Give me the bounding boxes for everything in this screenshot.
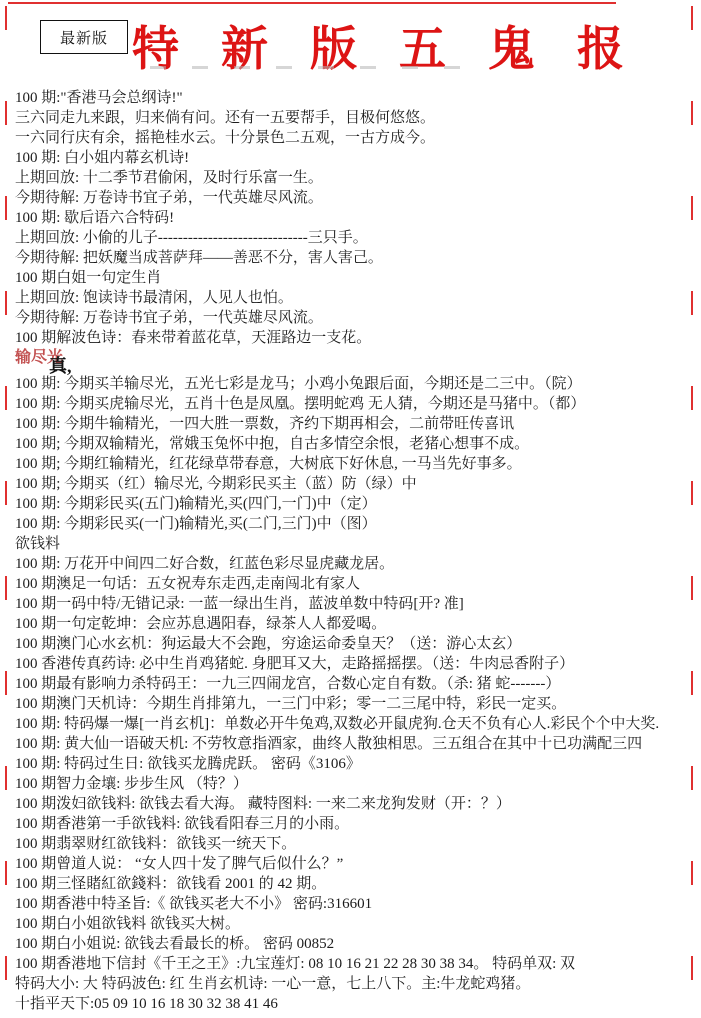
text-line-content: 100 期: 万花开中间四二好合数，红蓝色彩尽显虎藏龙居。 bbox=[15, 556, 394, 572]
text-line: 100 期白姐一句定生肖 bbox=[15, 268, 701, 288]
text-line: 100 期白小姐欲钱料 欲钱买大树。 bbox=[15, 914, 701, 934]
text-line: 十指平天下:05 09 10 16 18 30 32 38 41 46 bbox=[15, 994, 701, 1014]
text-line: 欲钱料 bbox=[15, 534, 701, 554]
text-line: 100 期香港地下信封《千王之王》:九宝莲灯: 08 10 16 21 22 2… bbox=[15, 954, 701, 974]
overlay-character: 真, bbox=[49, 356, 72, 376]
text-line: 上期回放: 饱读诗书最清闲，人见人也怕。 bbox=[15, 288, 701, 308]
text-line-content: 一六同行庆有余，摇艳桂水云。十分景色二五观，一古方成今。 bbox=[15, 130, 435, 146]
text-line: 100 期:"香港马会总纲诗!" bbox=[15, 88, 701, 108]
text-line: 输尽光真, bbox=[15, 348, 701, 374]
text-line: 一六同行庆有余，摇艳桂水云。十分景色二五观，一古方成今。 bbox=[15, 128, 701, 148]
text-line-content: 100 期: 歇后语六合特码! bbox=[15, 210, 174, 226]
text-line: 100 期澳门心水玄机：狗运最大不会跑，穷途运命委皇天？（送：游心太玄） bbox=[15, 634, 701, 654]
text-line-content: 100 期:"香港马会总纲诗!" bbox=[15, 90, 183, 106]
text-line-content: 100 期三怪賭紅欲錢料：欲钱看 2001 的 42 期。 bbox=[15, 876, 326, 892]
text-line: 特码大小: 大 特码波色: 红 生肖玄机诗: 一心一意，七上八下。主:牛龙蛇鸡猪… bbox=[15, 974, 701, 994]
text-line: 100 期: 特码爆一爆[一肖玄机]：单数必开牛兔鸡,双数必开鼠虎狗.仓天不负有… bbox=[15, 714, 701, 734]
text-line-content: 100 期白姐一句定生肖 bbox=[15, 270, 161, 286]
text-line-content: 100 期: 白小姐内幕玄机诗! bbox=[15, 150, 189, 166]
text-line-content: 100 期; 今期双输精光，常娥玉兔怀中抱，自古多情空余恨，老猪心想事不成。 bbox=[15, 436, 529, 452]
text-line-content: 100 期香港地下信封《千王之王》:九宝莲灯: 08 10 16 21 22 2… bbox=[15, 956, 575, 972]
text-line-content: 100 香港传真药诗: 必中生肖鸡猪蛇. 身肥耳又大，走路摇摇摆。（送：牛肉忌香… bbox=[15, 656, 574, 672]
text-line-content: 上期回放: 小偷的儿子-----------------------------… bbox=[15, 230, 368, 246]
text-line-content: 100 期香港中特圣旨:《 欲钱买老大不小》 密码:316601 bbox=[15, 896, 372, 912]
text-line-content: 今期待解: 把妖魔当成菩萨拜——善恶不分，害人害己。 bbox=[15, 250, 383, 266]
text-line-content: 100 期白小姐说: 欲钱去看最长的桥。 密码 00852 bbox=[15, 936, 334, 952]
text-line-content: 100 期澳门天机诗：今期生肖排第九，一三门中彩；零一二三尾中特，彩民一定买。 bbox=[15, 696, 566, 712]
text-line: 100 期; 今期双输精光，常娥玉兔怀中抱，自古多情空余恨，老猪心想事不成。 bbox=[15, 434, 701, 454]
edition-badge: 最新版 bbox=[40, 20, 128, 54]
text-line-content: 三六同走九来跟，归来倘有问。还有一五要帮手，目极何悠悠。 bbox=[15, 110, 435, 126]
text-line-content: 100 期: 今期彩民买(五门)输精光,买(四门,一门)中（定） bbox=[15, 496, 377, 512]
text-line: 100 香港传真药诗: 必中生肖鸡猪蛇. 身肥耳又大，走路摇摇摆。（送：牛肉忌香… bbox=[15, 654, 701, 674]
text-line-content: 今期待解: 万卷诗书宜子弟，一代英雄尽风流。 bbox=[15, 310, 323, 326]
text-line: 100 期; 今期买（红）输尽光, 今期彩民买主（蓝）防（绿）中 bbox=[15, 474, 701, 494]
text-line: 100 期澳足一句话：五女祝寿东走西,走南闯北有家人 bbox=[15, 574, 701, 594]
text-line-content: 100 期泼妇欲钱料: 欲钱去看大海。 藏特图料: 一来二来龙狗发财（开：？） bbox=[15, 796, 511, 812]
top-border-line bbox=[8, 2, 616, 4]
text-line-content: 100 期: 今期买虎输尽光，五肖十色是凤凰。摆明蛇鸡 无人猜，今期还是马猪中。… bbox=[15, 396, 585, 412]
text-line-content: 特码大小: 大 特码波色: 红 生肖玄机诗: 一心一意，七上八下。主:牛龙蛇鸡猪… bbox=[15, 976, 530, 992]
text-line: 100 期; 今期红输精光，红花绿草带春意，大树底下好休息, 一马当先好事多。 bbox=[15, 454, 701, 474]
text-line: 上期回放: 十二季节君偷闲，及时行乐富一生。 bbox=[15, 168, 701, 188]
text-line: 上期回放: 小偷的儿子-----------------------------… bbox=[15, 228, 701, 248]
text-line: 100 期: 今期买虎输尽光，五肖十色是凤凰。摆明蛇鸡 无人猜，今期还是马猪中。… bbox=[15, 394, 701, 414]
text-line: 100 期: 今期买羊输尽光，五光七彩是龙马；小鸡小兔跟后面，今期还是二三中。（… bbox=[15, 374, 701, 394]
text-line: 100 期澳门天机诗：今期生肖排第九，一三门中彩；零一二三尾中特，彩民一定买。 bbox=[15, 694, 701, 714]
text-line: 100 期一句定乾坤：会应苏息遇阳春，绿茶人人都爱喝。 bbox=[15, 614, 701, 634]
text-line: 100 期香港中特圣旨:《 欲钱买老大不小》 密码:316601 bbox=[15, 894, 701, 914]
text-line: 今期待解: 万卷诗书宜子弟，一代英雄尽风流。 bbox=[15, 188, 701, 208]
text-line: 100 期翡翠财红欲钱料：欲钱买一统天下。 bbox=[15, 834, 701, 854]
text-line-content: 100 期: 今期牛输精光，一四大胜一票数，齐约下期再相会，二前带旺传喜讯 bbox=[15, 416, 514, 432]
text-line-content: 100 期白小姐欲钱料 欲钱买大树。 bbox=[15, 916, 240, 932]
text-line-content: 十指平天下:05 09 10 16 18 30 32 38 41 46 bbox=[15, 996, 278, 1012]
edition-badge-label: 最新版 bbox=[60, 27, 108, 48]
text-line: 100 期香港第一手欲钱料: 欲钱看阳春三月的小雨。 bbox=[15, 814, 701, 834]
wugui-report-page: 最新版 特新版五鬼报 100 期:"香港马会总纲诗!"三六同走九来跟，归来倘有问… bbox=[0, 0, 701, 1018]
text-line: 100 期白小姐说: 欲钱去看最长的桥。 密码 00852 bbox=[15, 934, 701, 954]
text-line-content: 上期回放: 十二季节君偷闲，及时行乐富一生。 bbox=[15, 170, 323, 186]
text-line-content: 100 期: 今期彩民买(一门)输精光,买(二门,三门)中（图） bbox=[15, 516, 377, 532]
text-line: 100 期: 歇后语六合特码! bbox=[15, 208, 701, 228]
text-line: 100 期: 今期牛输精光，一四大胜一票数，齐约下期再相会，二前带旺传喜讯 bbox=[15, 414, 701, 434]
text-line-content: 100 期曾道人说： “女人四十发了脾气后似什么？” bbox=[15, 856, 343, 872]
text-line: 100 期: 白小姐内幕玄机诗! bbox=[15, 148, 701, 168]
text-line: 三六同走九来跟，归来倘有问。还有一五要帮手，目极何悠悠。 bbox=[15, 108, 701, 128]
text-line: 100 期解波色诗：春来带着蓝花草，天涯路边一支花。 bbox=[15, 328, 701, 348]
text-line: 100 期: 今期彩民买(五门)输精光,买(四门,一门)中（定） bbox=[15, 494, 701, 514]
text-line-content: 100 期澳足一句话：五女祝寿东走西,走南闯北有家人 bbox=[15, 576, 360, 592]
text-line: 100 期: 特码过生日: 欲钱买龙腾虎跃。 密码《3106》 bbox=[15, 754, 701, 774]
text-line-content: 100 期最有影响力杀特码王：一九三四闹龙宫，合数心定自有数。（杀: 猪 蛇--… bbox=[15, 676, 560, 692]
text-line-content: 100 期香港第一手欲钱料: 欲钱看阳春三月的小雨。 bbox=[15, 816, 349, 832]
text-line-content: 100 期; 今期买（红）输尽光, 今期彩民买主（蓝）防（绿）中 bbox=[15, 476, 417, 492]
text-line-content: 100 期一码中特/无错记录: 一蓝一绿出生肖，蓝波单数中特码[开? 准] bbox=[15, 596, 464, 612]
text-line-content: 欲钱料 bbox=[15, 536, 60, 552]
text-line: 今期待解: 万卷诗书宜子弟，一代英雄尽风流。 bbox=[15, 308, 701, 328]
text-line-content: 100 期澳门心水玄机：狗运最大不会跑，穷途运命委皇天？（送：游心太玄） bbox=[15, 636, 521, 652]
text-line-content: 100 期智力金壤: 步步生风 （特？） bbox=[15, 776, 248, 792]
text-line-content: 100 期一句定乾坤：会应苏息遇阳春，绿茶人人都爱喝。 bbox=[15, 616, 386, 632]
text-line-content: 100 期: 黄大仙一语破天机: 不劳牧意指酒家，曲终人散独相思。三五组合在其中… bbox=[15, 736, 642, 752]
left-border-dashes bbox=[5, 6, 7, 1012]
text-line-content: 100 期: 特码爆一爆[一肖玄机]：单数必开牛兔鸡,双数必开鼠虎狗.仓天不负有… bbox=[15, 716, 659, 732]
text-line: 今期待解: 把妖魔当成菩萨拜——善恶不分，害人害己。 bbox=[15, 248, 701, 268]
text-line: 100 期泼妇欲钱料: 欲钱去看大海。 藏特图料: 一来二来龙狗发财（开：？） bbox=[15, 794, 701, 814]
text-line-content: 100 期解波色诗：春来带着蓝花草，天涯路边一支花。 bbox=[15, 330, 371, 346]
text-line: 100 期一码中特/无错记录: 一蓝一绿出生肖，蓝波单数中特码[开? 准] bbox=[15, 594, 701, 614]
text-line-content: 100 期: 特码过生日: 欲钱买龙腾虎跃。 密码《3106》 bbox=[15, 756, 361, 772]
text-line: 100 期最有影响力杀特码王：一九三四闹龙宫，合数心定自有数。（杀: 猪 蛇--… bbox=[15, 674, 701, 694]
text-line: 100 期智力金壤: 步步生风 （特？） bbox=[15, 774, 701, 794]
text-line: 100 期曾道人说： “女人四十发了脾气后似什么？” bbox=[15, 854, 701, 874]
scan-artifact-line bbox=[150, 66, 470, 69]
text-line: 100 期: 万花开中间四二好合数，红蓝色彩尽显虎藏龙居。 bbox=[15, 554, 701, 574]
text-line-content: 100 期翡翠财红欲钱料：欲钱买一统天下。 bbox=[15, 836, 296, 852]
text-line: 100 期三怪賭紅欲錢料：欲钱看 2001 的 42 期。 bbox=[15, 874, 701, 894]
text-line-content: 今期待解: 万卷诗书宜子弟，一代英雄尽风流。 bbox=[15, 190, 323, 206]
text-line: 100 期: 黄大仙一语破天机: 不劳牧意指酒家，曲终人散独相思。三五组合在其中… bbox=[15, 734, 701, 754]
text-line: 100 期: 今期彩民买(一门)输精光,买(二门,三门)中（图） bbox=[15, 514, 701, 534]
text-lines: 100 期:"香港马会总纲诗!"三六同走九来跟，归来倘有问。还有一五要帮手，目极… bbox=[15, 88, 701, 1014]
text-line-content: 100 期; 今期红输精光，红花绿草带春意，大树底下好休息, 一马当先好事多。 bbox=[15, 456, 522, 472]
text-line-content: 上期回放: 饱读诗书最清闲，人见人也怕。 bbox=[15, 290, 293, 306]
text-line-content: 100 期: 今期买羊输尽光，五光七彩是龙马；小鸡小兔跟后面，今期还是二三中。（… bbox=[15, 376, 582, 392]
